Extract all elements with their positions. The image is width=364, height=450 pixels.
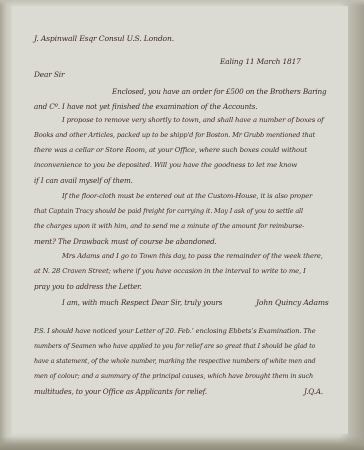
paragraph-3-line-4: ment? The Drawback must of course be aba… — [34, 237, 217, 246]
postscript-line-3: have a statement, of the whole number, m… — [34, 357, 315, 365]
letter-address: J. Aspinwall Esqr Consul U.S. London. — [34, 34, 174, 43]
paragraph-1-line-2: and Cº. I have not yet finished the exam… — [34, 102, 257, 111]
postscript-line-1: P.S. I should have noticed your Letter o… — [34, 327, 316, 335]
frame-bottom-edge — [0, 436, 364, 450]
paragraph-2-line-5: if I can avail myself of them. — [34, 176, 133, 185]
letter-dateline: Ealing 11 March 1817 — [220, 57, 301, 66]
paragraph-2-line-2: Books and other Articles, packed up to b… — [34, 131, 315, 139]
postscript-initials: J.Q.A. — [304, 387, 323, 396]
paragraph-4-line-3: pray you to address the Letter. — [34, 282, 142, 291]
paragraph-3-line-1: If the floor-cloth must be entered out a… — [62, 192, 312, 200]
postscript-line-5: multitudes, to your Office as Applicants… — [34, 387, 207, 396]
letter-salutation: Dear Sir — [34, 70, 64, 79]
letter-signature: John Quincy Adams — [256, 298, 329, 307]
paragraph-2-line-3: there was a cellar or Store Room, at you… — [34, 146, 307, 154]
postscript-line-2: numbers of Seamen who have applied to yo… — [34, 342, 315, 350]
paragraph-4-line-2: at N. 28 Craven Street; where if you hav… — [34, 267, 306, 275]
letter-closing: I am, with much Respect Dear Sir, truly … — [62, 298, 222, 307]
paragraph-2-line-4: inconvenience to you be deposited. Will … — [34, 161, 297, 169]
letter-paper: J. Aspinwall Esqr Consul U.S. London. Ea… — [12, 6, 348, 434]
paragraph-1-line-1: Enclosed, you have an order for £500 on … — [112, 87, 326, 96]
paragraph-3-line-3: the charges upon it with him, and to sen… — [34, 222, 304, 230]
paragraph-3-line-2: that Captain Tracy should be paid freigh… — [34, 207, 303, 215]
paragraph-4-line-1: Mrs Adams and I go to Town this day, to … — [62, 252, 323, 260]
paragraph-2-line-1: I propose to remove very shortly to town… — [62, 116, 324, 124]
postscript-line-4: men of colour; and a summary of the prin… — [34, 372, 313, 380]
